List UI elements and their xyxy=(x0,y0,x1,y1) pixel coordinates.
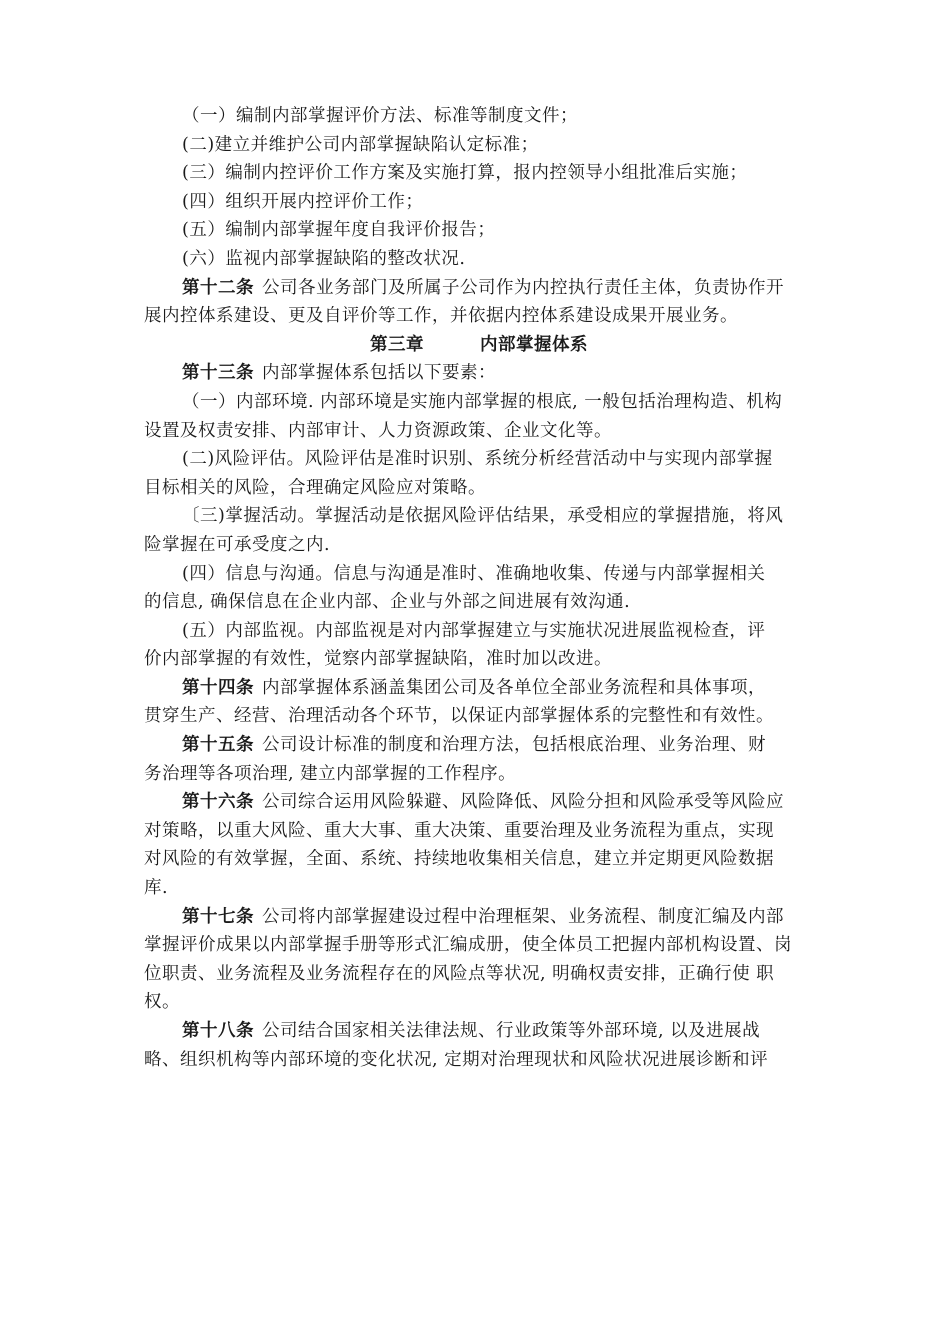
element-text: (四）信息与沟通。信息与沟通是准时、准确地收集、传递与内部掌握相关 xyxy=(144,560,814,589)
article-14: 第十四条内部掌握体系涵盖集团公司及各单位全部业务流程和具体事项， 贯穿生产、经营… xyxy=(144,674,814,731)
article-text: 展内控体系建设、更及自评价等工作，并依据内控体系建设成果开展业务。 xyxy=(144,302,814,331)
chapter-heading: 第三章内部掌握体系 xyxy=(144,331,814,360)
article-label: 第十四条 xyxy=(182,678,254,698)
element-text: (二)风险评估。风险评估是准时识别、系统分析经营活动中与实现内部掌握 xyxy=(144,445,814,474)
list-item: (六）监视内部掌握缺陷的整改状况. xyxy=(144,245,814,274)
article-18: 第十八条公司结合国家相关法律法规、行业政策等外部环境, 以及进展战 略、组织机构… xyxy=(144,1017,814,1074)
article-17: 第十七条公司将内部掌握建设过程中治理框架、业务流程、制度汇编及内部 掌握评价成果… xyxy=(144,903,814,1017)
article-label: 第十二条 xyxy=(182,278,254,298)
article-text: 公司各业务部门及所属子公司作为内控执行责任主体，负责协作开 xyxy=(262,278,784,298)
document-page: （一）编制内部掌握评价方法、标准等制度文件； (二)建立并维护公司内部掌握缺陷认… xyxy=(144,102,814,1074)
list-item: (四）组织开展内控评价工作； xyxy=(144,188,814,217)
article-12: 第十二条公司各业务部门及所属子公司作为内控执行责任主体，负责协作开 展内控体系建… xyxy=(144,274,814,331)
article-text: 贯穿生产、经营、治理活动各个环节，以保证内部掌握体系的完整性和有效性。 xyxy=(144,702,814,731)
element-text: 〔三)掌握活动。掌握活动是依据风险评估结果，承受相应的掌握措施，将风 xyxy=(144,502,814,531)
article-label: 第十六条 xyxy=(182,792,254,812)
element-text: 价内部掌握的有效性，觉察内部掌握缺陷，准时加以改进。 xyxy=(144,645,814,674)
article-text: 对风险的有效掌握，全面、系统、持续地收集相关信息，建立并定期更风险数据 xyxy=(144,845,814,874)
element-text: 设置及权责安排、内部审计、人力资源政策、企业文化等。 xyxy=(144,417,814,446)
article-text: 掌握评价成果以内部掌握手册等形式汇编成册，使全体员工把握内部机构设置、岗 xyxy=(144,931,814,960)
article-16: 第十六条公司综合运用风险躲避、风险降低、风险分担和风险承受等风险应 对策略，以重… xyxy=(144,788,814,902)
chapter-number: 第三章 xyxy=(370,335,424,355)
element-text: 目标相关的风险，合理确定风险应对策略。 xyxy=(144,474,814,503)
article-text: 公司结合国家相关法律法规、行业政策等外部环境, 以及进展战 xyxy=(262,1021,760,1041)
article-label: 第十八条 xyxy=(182,1021,254,1041)
article-text: 位职责、业务流程及业务流程存在的风险点等状况, 明确权责安排，正确行使 职 xyxy=(144,960,814,989)
article-label: 第十七条 xyxy=(182,907,254,927)
element-text: (五）内部监视。内部监视是对内部掌握建立与实施状况进展监视检查，评 xyxy=(144,617,814,646)
element-text: （一）内部环境. 内部环境是实施内部掌握的根底, 一般包括治理构造、机构 xyxy=(144,388,814,417)
article-text: 对策略，以重大风险、重大大事、重大决策、重要治理及业务流程为重点，实现 xyxy=(144,817,814,846)
article-text: 务治理等各项治理, 建立内部掌握的工作程序。 xyxy=(144,760,814,789)
list-item: (二)建立并维护公司内部掌握缺陷认定标准； xyxy=(144,131,814,160)
chapter-title: 内部掌握体系 xyxy=(480,335,588,355)
list-item: (五）编制内部掌握年度自我评价报告； xyxy=(144,216,814,245)
article-label: 第十三条 xyxy=(182,363,254,383)
article-15: 第十五条公司设计标准的制度和治理方法，包括根底治理、业务治理、财 务治理等各项治… xyxy=(144,731,814,788)
article-text: 公司设计标准的制度和治理方法，包括根底治理、业务治理、财 xyxy=(262,735,766,755)
list-item: （一）编制内部掌握评价方法、标准等制度文件； xyxy=(144,102,814,131)
article-text: 库. xyxy=(144,874,814,903)
list-item: (三）编制内控评价工作方案及实施打算，报内控领导小组批准后实施； xyxy=(144,159,814,188)
article-text: 公司综合运用风险躲避、风险降低、风险分担和风险承受等风险应 xyxy=(262,792,784,812)
element-text: 险掌握在可承受度之内. xyxy=(144,531,814,560)
article-text: 权。 xyxy=(144,988,814,1017)
article-text: 内部掌握体系涵盖集团公司及各单位全部业务流程和具体事项， xyxy=(262,678,766,698)
article-13: 第十三条内部掌握体系包括以下要素： （一）内部环境. 内部环境是实施内部掌握的根… xyxy=(144,359,814,674)
article-text: 公司将内部掌握建设过程中治理框架、业务流程、制度汇编及内部 xyxy=(262,907,784,927)
element-text: 的信息, 确保信息在企业内部、企业与外部之间进展有效沟通. xyxy=(144,588,814,617)
article-text: 内部掌握体系包括以下要素： xyxy=(262,363,496,383)
article-label: 第十五条 xyxy=(182,735,254,755)
article-text: 略、组织机构等内部环境的变化状况, 定期对治理现状和风险状况进展诊断和评 xyxy=(144,1046,814,1075)
